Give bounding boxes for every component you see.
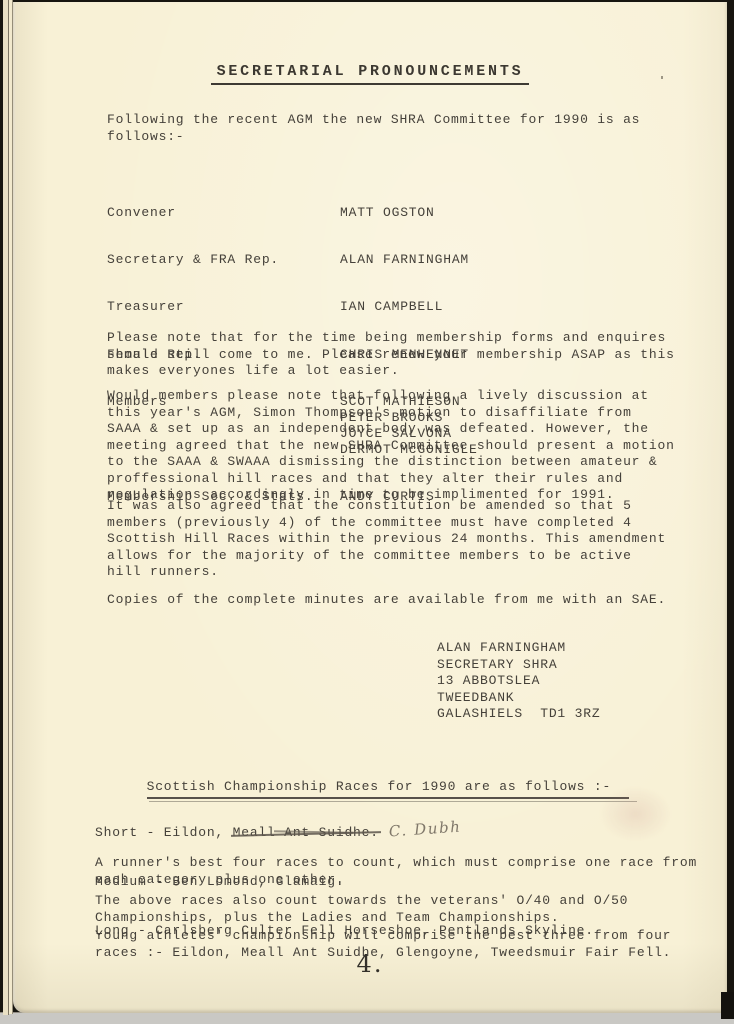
page-number: 4.: [13, 950, 727, 978]
committee-row: Convener MATT OGSTON: [107, 205, 478, 221]
race-short-strikethrough: Meall Ant Suidhe.: [233, 825, 379, 840]
scan-speck: [661, 76, 663, 79]
closing-paragraph-scoring: A runner's best four races to count, whi…: [95, 855, 697, 888]
scan-background: SECRETARIAL PRONOUNCEMENTS Following the…: [0, 0, 734, 1024]
paragraph-minutes: Copies of the complete minutes are avail…: [107, 592, 666, 609]
paragraph-agm-motion: Would members please note that following…: [107, 388, 675, 504]
race-short-prefix: Short - Eildon,: [95, 825, 233, 840]
committee-role: Convener: [107, 205, 340, 221]
document-page: SECRETARIAL PRONOUNCEMENTS Following the…: [13, 2, 727, 1013]
committee-names: MATT OGSTON: [340, 205, 435, 221]
scanner-mat: [0, 1012, 734, 1024]
committee-names: IAN CAMPBELL: [340, 299, 443, 315]
corner-shadow-mark: [721, 992, 734, 1019]
intro-paragraph: Following the recent AGM the new SHRA Co…: [107, 112, 640, 145]
committee-row: Secretary & FRA Rep. ALAN FARNINGHAM: [107, 252, 478, 268]
committee-row: Treasurer IAN CAMPBELL: [107, 299, 478, 315]
committee-role: Secretary & FRA Rep.: [107, 252, 340, 268]
race-short: Short - Eildon, Meall Ant Suidhe.C. Dubh: [95, 823, 594, 841]
committee-role: Treasurer: [107, 299, 340, 315]
page-title-text: SECRETARIAL PRONOUNCEMENTS: [211, 63, 530, 85]
page-number-text: 4.: [357, 950, 384, 978]
handwritten-annotation: C. Dubh: [388, 819, 462, 840]
signature-block: ALAN FARNINGHAM SECRETARY SHRA 13 ABBOTS…: [437, 640, 600, 723]
closing-paragraph-veterans: The above races also count towards the v…: [95, 893, 628, 926]
committee-names: ALAN FARNINGHAM: [340, 252, 469, 268]
page-title: SECRETARIAL PRONOUNCEMENTS: [13, 62, 727, 85]
paragraph-constitution: It was also agreed that the constitution…: [107, 498, 666, 581]
paragraph-membership: Please note that for the time being memb…: [107, 330, 675, 380]
